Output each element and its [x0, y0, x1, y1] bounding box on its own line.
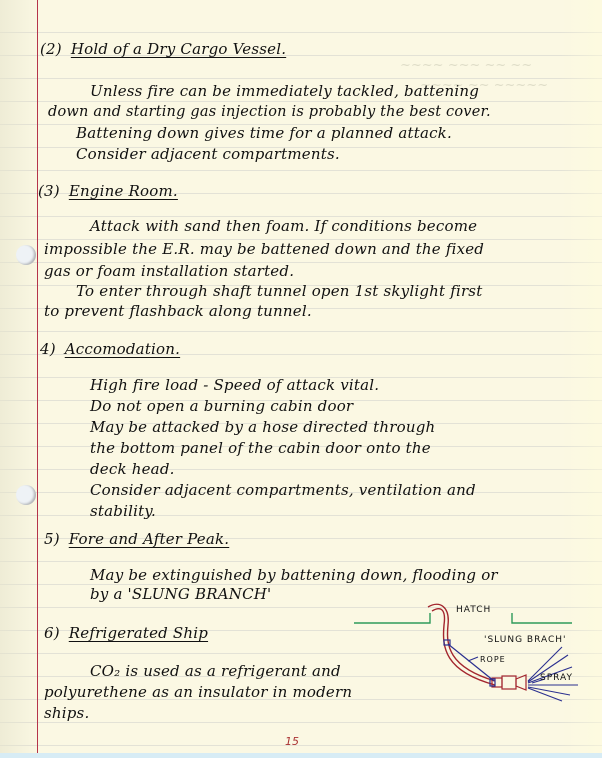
- page-number: 15: [285, 735, 299, 748]
- section-number: 5): [44, 530, 60, 548]
- text-line: down and starting gas injection is proba…: [48, 104, 491, 120]
- text-line: to prevent flashback along tunnel.: [44, 302, 312, 320]
- text-line: May be extinguished by battening down, f…: [90, 566, 498, 584]
- text-line: May be attacked by a hose directed throu…: [90, 418, 435, 436]
- punch-hole-lower: [16, 485, 36, 505]
- text-line: Do not open a burning cabin door: [90, 397, 353, 415]
- margin-line: [37, 0, 38, 758]
- section-heading: (3) Engine Room.: [38, 182, 178, 200]
- text-line: gas or foam installation started.: [44, 262, 294, 280]
- text-line: Unless fire can be immediately tackled, …: [90, 82, 479, 100]
- text-line: Battening down gives time for a planned …: [76, 124, 452, 142]
- text-line: Attack with sand then foam. If condition…: [90, 217, 477, 235]
- slung-branch-label: 'SLUNG BRACH': [484, 635, 567, 645]
- section-number: (3): [38, 182, 60, 200]
- slung-branch-diagram: HATCH 'SLUNG BRACH' ROPE SPRAY: [340, 595, 602, 705]
- text-line: Consider adjacent compartments, ventilat…: [90, 481, 476, 499]
- text-line: polyurethene as an insulator in modern: [44, 683, 352, 701]
- text-line: deck head.: [90, 460, 175, 478]
- section-title: Refrigerated Ship: [69, 624, 208, 642]
- section-title: Fore and After Peak.: [69, 530, 229, 548]
- text-line: by a 'SLUNG BRANCH': [90, 585, 271, 603]
- text-line: the bottom panel of the cabin door onto …: [90, 439, 431, 457]
- slung-branch-reference: by a 'SLUNG BRANCH': [90, 585, 271, 603]
- text-line: High fire load - Speed of attack vital.: [90, 376, 379, 394]
- section-number: (2): [40, 40, 62, 58]
- hatch-label: HATCH: [456, 605, 491, 615]
- text-line: ships.: [44, 704, 89, 722]
- text-line: impossible the E.R. may be battened down…: [44, 240, 484, 258]
- section-heading: (2) Hold of a Dry Cargo Vessel.: [40, 40, 286, 58]
- section-heading: 6) Refrigerated Ship: [44, 624, 208, 642]
- scan-edge: [0, 753, 602, 758]
- show-through-text: ~~~~ ~~~ ~~ ~~: [400, 58, 532, 73]
- text-line: stability.: [90, 502, 156, 520]
- section-heading: 5) Fore and After Peak.: [44, 530, 229, 548]
- text-line: To enter through shaft tunnel open 1st s…: [76, 282, 482, 300]
- text-line: CO₂ is used as a refrigerant and: [90, 662, 341, 680]
- section-title: Hold of a Dry Cargo Vessel.: [71, 40, 286, 58]
- spray-label: SPRAY: [540, 673, 573, 683]
- section-title: Accomodation.: [65, 340, 180, 358]
- section-number: 4): [40, 340, 56, 358]
- section-heading: 4) Accomodation.: [40, 340, 180, 358]
- section-title: Engine Room.: [69, 182, 178, 200]
- rope-label: ROPE: [480, 655, 506, 664]
- branch-nozzle: [492, 675, 526, 690]
- text-line: Consider adjacent compartments.: [76, 145, 340, 163]
- punch-hole-upper: [16, 245, 36, 265]
- section-number: 6): [44, 624, 60, 642]
